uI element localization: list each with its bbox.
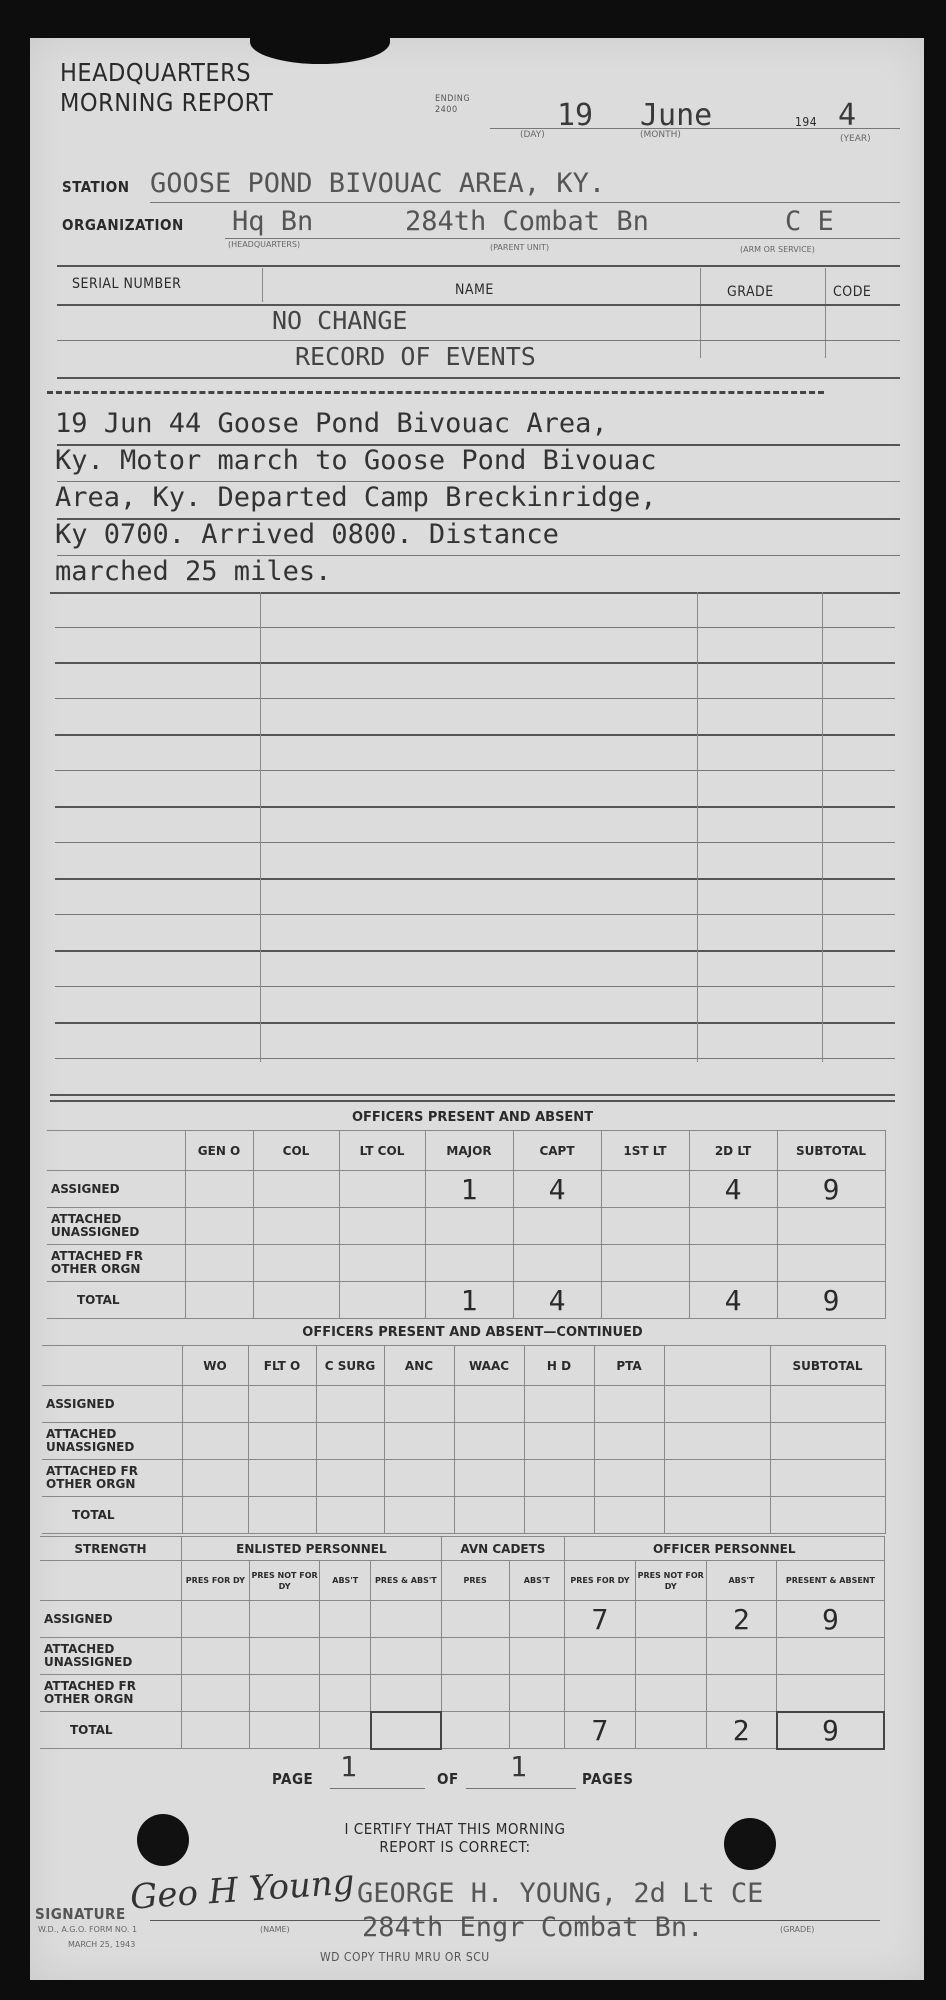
col-off-present-absent: PRESENT & ABSENT [777,1561,884,1601]
of-label: OF [437,1770,459,1788]
col-enl-pres-not-for-dy: PRES NOT FOR DY [249,1561,320,1601]
hq-caption: (HEADQUARTERS) [228,240,300,249]
cell [253,1171,339,1208]
cell [339,1282,425,1319]
col-enl-pres-for-dy: PRES FOR DY [182,1561,250,1601]
cell [339,1171,425,1208]
col-anc: ANC [384,1346,454,1386]
col-capt: CAPT [513,1131,601,1171]
cell [441,1601,509,1638]
cell: 2 [706,1601,777,1638]
cell: 4 [513,1171,601,1208]
org-arm: C E [785,206,834,237]
page-total: 1 [510,1750,527,1783]
parent-caption: (PARENT UNIT) [490,243,549,252]
cell [635,1712,706,1749]
table-row: ASSIGNED 7 2 9 [40,1601,884,1638]
col-cadet-abst: ABS'T [509,1561,565,1601]
row-label: TOTAL [40,1712,182,1749]
col-c-surg: C SURG [316,1346,384,1386]
cell [601,1282,689,1319]
table-row: ATTACHED UNASSIGNED [42,1423,885,1460]
punch-hole-right [724,1818,776,1870]
row-label: ASSIGNED [47,1171,185,1208]
row-label: TOTAL [47,1282,185,1319]
group-officer: OFFICER PERSONNEL [565,1537,884,1561]
col-cadet-pres: PRES [441,1561,509,1601]
group-cadets: AVN CADETS [441,1537,564,1561]
record-of-events-heading: RECORD OF EVENTS [295,342,536,371]
col-waac: WAAC [454,1346,524,1386]
title-line-2: MORNING REPORT [60,88,273,118]
cell [320,1601,371,1638]
cell [509,1601,565,1638]
table-row: ATTACHED UNASSIGNED [40,1638,884,1675]
row-label: ATTACHED FR OTHER ORGN [47,1245,185,1282]
cell: 9 [777,1171,885,1208]
dashed-separator [47,391,824,394]
table-row: ATTACHED UNASSIGNED [47,1208,885,1245]
form-title: HEADQUARTERS MORNING REPORT [60,58,273,118]
col-off-abst: ABS'T [706,1561,777,1601]
report-day: 19 [557,98,593,133]
cell: 7 [565,1601,636,1638]
ending-text: ENDING [435,94,470,105]
certify-line-2: REPORT IS CORRECT: [290,1838,620,1856]
cell: 9 [777,1712,884,1749]
cell: 1 [425,1171,513,1208]
cell [441,1712,509,1749]
table-row: TOTAL [42,1497,885,1534]
col-h-d: H D [524,1346,594,1386]
station-label: STATION [62,178,130,196]
year-prefix: 194 [795,115,817,129]
row-label: ATTACHED FR OTHER ORGN [40,1675,182,1712]
row-label: ATTACHED UNASSIGNED [40,1638,182,1675]
cell [185,1171,253,1208]
officers-continued-table: WO FLT O C SURG ANC WAAC H D PTA SUBTOTA… [42,1345,886,1534]
col-flt-o: FLT O [248,1346,316,1386]
col-major: MAJOR [425,1131,513,1171]
col-off-pres-not-for-dy: PRES NOT FOR DY [635,1561,706,1601]
table-row: TOTAL 7 2 9 [40,1712,884,1749]
row-label: ATTACHED UNASSIGNED [42,1423,182,1460]
officers-table-title: OFFICERS PRESENT AND ABSENT [50,1110,895,1125]
arm-caption: (ARM OR SERVICE) [740,245,815,254]
page-number: 1 [340,1750,357,1783]
year-caption: (YEAR) [840,134,871,144]
cell [249,1601,320,1638]
cell [635,1601,706,1638]
col-col: COL [253,1131,339,1171]
officers-table: GEN O COL LT COL MAJOR CAPT 1ST LT 2D LT… [47,1130,886,1319]
cell [253,1282,339,1319]
punch-hole-left [137,1814,189,1866]
col-off-pres-for-dy: PRES FOR DY [565,1561,636,1601]
cell: 4 [689,1282,777,1319]
table-row: TOTAL 1 4 4 9 [47,1282,885,1319]
col-wo: WO [182,1346,248,1386]
grade-caption: (GRADE) [780,1925,814,1934]
cell [601,1171,689,1208]
cell [371,1712,442,1749]
cell [182,1601,250,1638]
table-row: ATTACHED FR OTHER ORGN [40,1675,884,1712]
record-of-events-text: 19 Jun 44 Goose Pond Bivouac Area, Ky. M… [55,405,656,590]
row-label: ASSIGNED [42,1386,182,1423]
station-value: GOOSE POND BIVOUAC AREA, KY. [150,168,605,199]
col-enl-abst: ABS'T [320,1561,371,1601]
name-caption: (NAME) [260,1925,290,1934]
col-gen-o: GEN O [185,1131,253,1171]
row-label: TOTAL [42,1497,182,1534]
cell: 2 [706,1712,777,1749]
cell [185,1282,253,1319]
strength-label: STRENGTH [40,1537,182,1561]
strength-table: STRENGTH ENLISTED PERSONNEL AVN CADETS O… [40,1536,885,1750]
org-parent-unit: 284th Combat Bn [405,206,649,237]
cell [371,1601,442,1638]
cell [320,1712,371,1749]
officers-continued-title: OFFICERS PRESENT AND ABSENT—CONTINUED [50,1325,895,1340]
table-row: ASSIGNED 1 4 4 9 [47,1171,885,1208]
event-line: marched 25 miles. [55,553,656,590]
pages-label: PAGES [582,1770,633,1788]
form-number: W.D., A.G.O. FORM NO. 1 [38,1925,137,1934]
form-date: MARCH 25, 1943 [68,1940,135,1949]
cell [509,1712,565,1749]
signature-label: SIGNATURE [35,1905,126,1923]
cell: 1 [425,1282,513,1319]
no-change-entry: NO CHANGE [272,306,407,335]
certification-text: I CERTIFY THAT THIS MORNING REPORT IS CO… [290,1820,620,1856]
group-enlisted: ENLISTED PERSONNEL [182,1537,442,1561]
col-grade: GRADE [727,284,774,300]
org-headquarters: Hq Bn [232,206,313,237]
table-row: ASSIGNED [42,1386,885,1423]
signer-name: GEORGE H. YOUNG, 2d Lt CE [357,1878,763,1909]
row-label: ASSIGNED [40,1601,182,1638]
event-line: Ky 0700. Arrived 0800. Distance [55,516,656,553]
event-line: Area, Ky. Departed Camp Breckinridge, [55,479,656,516]
event-line: 19 Jun 44 Goose Pond Bivouac Area, [55,405,656,442]
row-label: ATTACHED FR OTHER ORGN [42,1460,182,1497]
cell: 4 [513,1282,601,1319]
col-blank [664,1346,770,1386]
col-name: NAME [455,282,494,298]
col-serial-number: SERIAL NUMBER [72,276,181,292]
month-caption: (MONTH) [640,130,681,140]
year-suffix: 4 [838,98,856,133]
col-2d-lt: 2D LT [689,1131,777,1171]
col-pta: PTA [594,1346,664,1386]
certify-line-1: I CERTIFY THAT THIS MORNING [290,1820,620,1838]
col-code: CODE [833,284,871,300]
table-row: ATTACHED FR OTHER ORGN [47,1245,885,1282]
day-caption: (DAY) [520,130,545,140]
ending-label: ENDING 2400 [435,94,470,116]
table-row: ATTACHED FR OTHER ORGN [42,1460,885,1497]
wd-copy-note: WD COPY THRU MRU OR SCU [320,1950,490,1964]
col-subtotal: SUBTOTAL [777,1131,885,1171]
cell: 9 [777,1601,884,1638]
page-label: PAGE [272,1770,313,1788]
row-label: ATTACHED UNASSIGNED [47,1208,185,1245]
col-subtotal: SUBTOTAL [770,1346,885,1386]
title-line-1: HEADQUARTERS [60,58,273,88]
organization-label: ORGANIZATION [62,216,184,234]
col-1st-lt: 1ST LT [601,1131,689,1171]
ending-time: 2400 [435,105,470,116]
col-lt-col: LT COL [339,1131,425,1171]
cell: 7 [565,1712,636,1749]
cell [249,1712,320,1749]
signer-unit: 284th Engr Combat Bn. [362,1912,703,1943]
event-line: Ky. Motor march to Goose Pond Bivouac [55,442,656,479]
cell: 9 [777,1282,885,1319]
col-enl-pres-abst: PRES & ABS'T [371,1561,442,1601]
cell [182,1712,250,1749]
report-month: June [640,98,712,133]
cell: 4 [689,1171,777,1208]
